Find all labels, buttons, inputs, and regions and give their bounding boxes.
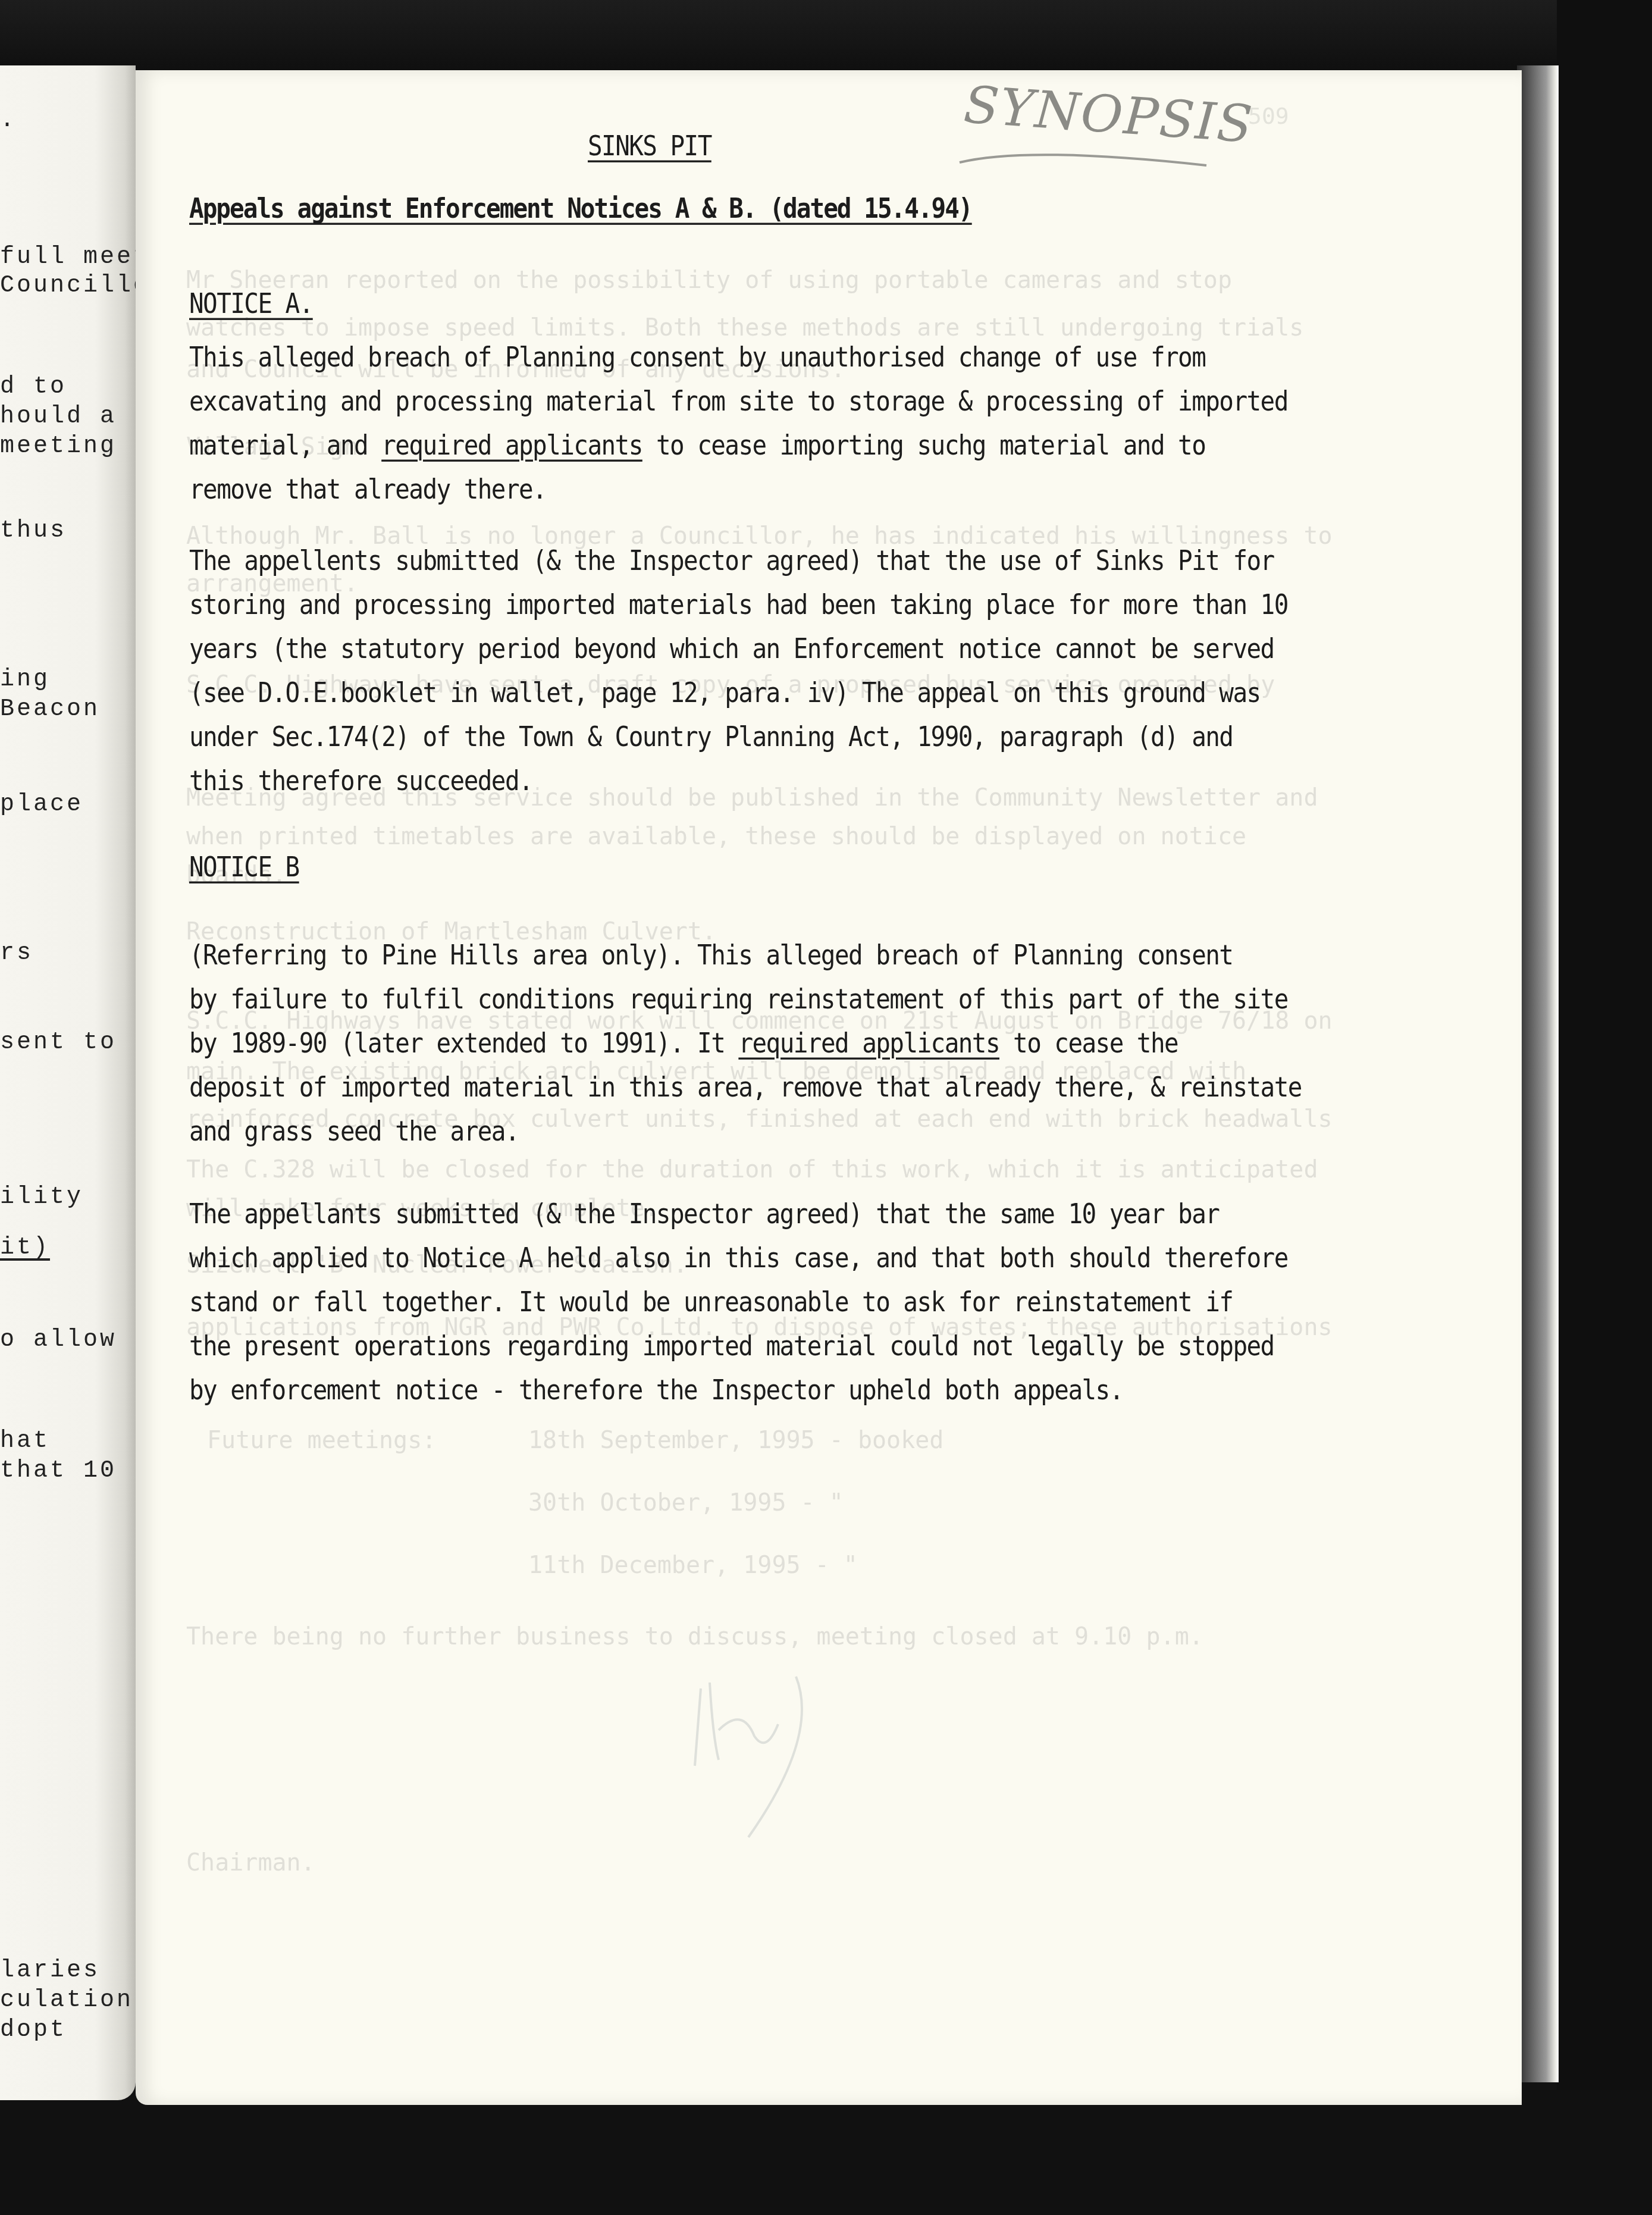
text-line: stand or fall together. It would be unre… bbox=[189, 1286, 1233, 1318]
show-through-line: when printed timetables are available, t… bbox=[186, 823, 1246, 850]
text-line: (see D.O.E.booklet in wallet, page 12, p… bbox=[189, 676, 1261, 709]
left-page-text-fragment: full meetin bbox=[0, 244, 136, 271]
left-page-text-fragment: ing bbox=[0, 666, 50, 693]
text-line: this therefore succeeded. bbox=[189, 765, 532, 797]
left-page-text-fragment: sent to bbox=[0, 1029, 117, 1056]
left-page-text-fragment: laries bbox=[0, 1957, 100, 1984]
text-line: under Sec.174(2) of the Town & Country P… bbox=[189, 720, 1233, 753]
text-line: The appellants submitted (& the Inspecto… bbox=[189, 1198, 1219, 1230]
text-line: excavating and processing material from … bbox=[189, 385, 1288, 417]
show-through-line: 30th October, 1995 - " bbox=[528, 1489, 844, 1517]
page-title: SINKS PIT bbox=[588, 130, 711, 162]
show-through-line: Chairman. bbox=[186, 1849, 315, 1876]
underlined-phrase: required applicants bbox=[738, 1027, 999, 1059]
show-through-line: 18th September, 1995 - booked bbox=[528, 1427, 943, 1454]
notice-a-label: NOTICE A. bbox=[189, 287, 313, 319]
notice-b-label: NOTICE B bbox=[189, 851, 299, 883]
text-line: (Referring to Pine Hills area only). Thi… bbox=[189, 939, 1233, 971]
show-through-line: Mr Sheeran reported on the possibility o… bbox=[186, 267, 1232, 294]
text-line: by enforcement notice - therefore the In… bbox=[189, 1374, 1123, 1406]
left-page-text-fragment: dopt bbox=[0, 2017, 67, 2044]
left-page-text-fragment: it) bbox=[0, 1235, 50, 1261]
left-page-text-fragment: o allow bbox=[0, 1327, 117, 1354]
show-through-line: There being no further business to discu… bbox=[186, 1623, 1203, 1650]
text-line: This alleged breach of Planning consent … bbox=[189, 341, 1205, 373]
text-line: by 1989-90 (later extended to 1991). It … bbox=[189, 1027, 1178, 1059]
left-page-text-fragment: ility bbox=[0, 1184, 83, 1211]
left-page-text-fragment: Councillo bbox=[0, 272, 136, 299]
show-through-line: Future meetings: bbox=[207, 1427, 436, 1454]
section-heading: Appeals against Enforcement Notices A & … bbox=[189, 192, 972, 224]
left-page-text-fragment: rs bbox=[0, 940, 33, 967]
text-line: storing and processing imported material… bbox=[189, 588, 1288, 621]
text-line: which applied to Notice A held also in t… bbox=[189, 1242, 1288, 1274]
left-page-text-fragment: hat bbox=[0, 1428, 50, 1455]
annotation-underline bbox=[957, 139, 1212, 174]
text-line: years (the statutory period beyond which… bbox=[189, 632, 1274, 665]
signature-show-through bbox=[677, 1665, 832, 1843]
text-line: The appellents submitted (& the Inspecto… bbox=[189, 544, 1274, 577]
left-page-text-fragment: that 10 bbox=[0, 1458, 117, 1484]
text-line: remove that already there. bbox=[189, 473, 546, 505]
text-line: deposit of imported material in this are… bbox=[189, 1071, 1302, 1103]
left-page-text-fragment: Beacon bbox=[0, 696, 100, 723]
show-through-line: The C.328 will be closed for the duratio… bbox=[186, 1156, 1318, 1183]
left-page-text-fragment: thus bbox=[0, 518, 67, 544]
left-page-text-fragment: d to bbox=[0, 374, 67, 400]
text-line: by failure to fulfil conditions requirin… bbox=[189, 983, 1288, 1015]
text-line: and grass seed the area. bbox=[189, 1115, 519, 1147]
left-page-text-fragment: culation bbox=[0, 1987, 133, 2014]
book-binding-right bbox=[1557, 0, 1652, 2215]
left-facing-page: .full meetin Councillod tohould a meetin… bbox=[0, 65, 136, 2100]
document-page: 509 Mr Sheeran reported on the possibili… bbox=[136, 70, 1522, 2105]
left-page-text-fragment: hould a bbox=[0, 403, 117, 430]
page-edges bbox=[1517, 65, 1559, 2082]
left-page-text-fragment: meeting bbox=[0, 433, 117, 460]
left-page-text-fragment: place bbox=[0, 791, 83, 818]
book-binding-top bbox=[0, 0, 1652, 77]
underlined-phrase: required applicants bbox=[381, 429, 642, 461]
book-binding-bottom bbox=[0, 2090, 1652, 2215]
left-page-text-fragment: . bbox=[0, 107, 17, 134]
text-line: material, and required applicants to cea… bbox=[189, 429, 1205, 461]
text-line: the present operations regarding importe… bbox=[189, 1330, 1274, 1362]
show-through-line: 11th December, 1995 - " bbox=[528, 1552, 858, 1579]
show-through-line: watches to impose speed limits. Both the… bbox=[186, 314, 1303, 342]
